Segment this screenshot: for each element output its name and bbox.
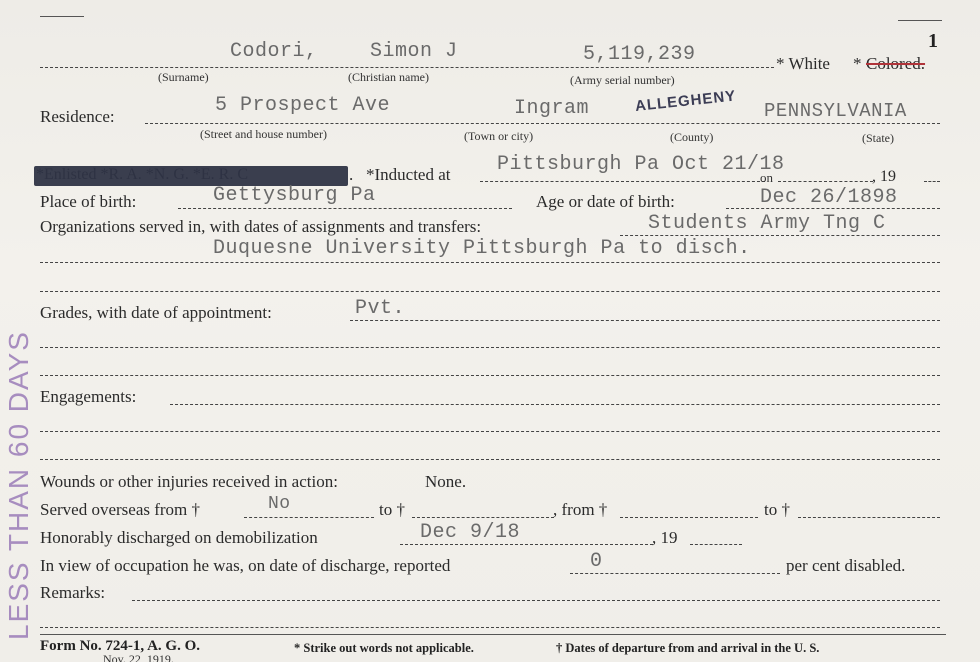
place-of-birth-rule [178,208,512,209]
discharge-label: Honorably discharged on demobilization [40,528,318,548]
wounds-label: Wounds or other injuries received in act… [40,472,338,492]
overseas-to-label: to † [379,500,405,520]
surname-label: (Surname) [158,70,209,85]
organizations-rule-1 [620,235,940,236]
organizations-value-1: Students Army Tng C [648,212,886,235]
organizations-value-2: Duquesne University Pittsburgh Pa to dis… [213,237,751,260]
organizations-label: Organizations served in, with dates of a… [40,217,481,237]
race-colored-struck: Colored. [866,54,925,74]
surname-value: Codori, [230,40,318,63]
disability-rule [570,573,780,574]
organizations-rule-2 [40,262,940,263]
service-record-card: 1 Codori, Simon J 5,119,239 * White * Co… [0,0,980,662]
residence-label: Residence: [40,107,115,127]
race-white: * White [776,54,830,74]
dates-note: † Dates of departure from and arrival in… [556,641,819,656]
overseas-from-value: No [268,494,291,514]
grades-rule [350,320,940,321]
county-stamp: ALLEGHENY [634,87,737,115]
inducted-on-label: on [760,170,773,186]
state-label: (State) [862,131,894,146]
state-value: PENNSYLVANIA [764,100,907,122]
wounds-value: None. [425,472,466,492]
less-than-60-days-stamp: LESS THAN 60 DAYS [3,330,35,640]
card-number: 1 [928,30,938,53]
form-date: Nov. 22, 1919. [103,652,174,662]
name-line-rule [40,67,774,68]
inducted-value: Pittsburgh Pa Oct 21/18 [497,153,785,176]
discharge-value: Dec 9/18 [420,521,520,544]
inducted-year-rule [924,181,940,182]
christian-name-value: Simon J [370,40,458,63]
inducted-on-rule [778,181,873,182]
inducted-year-label: , 19 [872,168,896,186]
disability-value: 0 [590,550,603,573]
overseas-from2-rule [620,517,758,518]
serial-number-label: (Army serial number) [570,73,675,88]
overseas-from2-label: , from † [553,500,607,520]
christian-name-label: (Christian name) [348,70,429,85]
overseas-from-rule [244,517,374,518]
grades-rule-2 [40,347,940,348]
engagements-rule-2 [40,431,940,432]
overseas-from-label: Served overseas from † [40,500,200,520]
engagements-rule-3 [40,459,940,460]
remarks-label: Remarks: [40,583,105,603]
overseas-to2-label: to † [764,500,790,520]
redaction-bar [34,166,348,186]
top-right-rule [898,20,942,21]
grades-rule-3 [40,375,940,376]
residence-rule [145,123,940,124]
place-of-birth-value: Gettysburg Pa [213,184,376,207]
discharge-rule [400,544,653,545]
footer-divider [40,634,946,635]
town-label: (Town or city) [464,129,533,144]
engagements-rule [170,404,940,405]
overseas-to-rule [412,517,554,518]
engagements-label: Engagements: [40,387,136,407]
discharge-year-label: , 19 [652,528,678,548]
organizations-rule-3 [40,291,940,292]
remarks-rule-2 [40,627,940,628]
county-label: (County) [670,130,713,145]
town-value: Ingram [514,97,589,120]
top-left-rule [40,16,84,17]
disability-suffix: per cent disabled. [786,556,905,576]
age-rule [726,208,940,209]
grades-value: Pvt. [355,297,405,320]
disability-label: In view of occupation he was, on date of… [40,556,450,576]
place-of-birth-label: Place of birth: [40,192,136,212]
strike-out-note: * Strike out words not applicable. [294,641,474,656]
serial-number-value: 5,119,239 [583,43,696,66]
overseas-to2-rule [798,517,940,518]
inducted-label: *Inducted at [366,165,451,185]
street-value: 5 Prospect Ave [215,94,390,117]
race-colored-asterisk: * [853,54,862,74]
remarks-rule [132,600,940,601]
inducted-rule [480,181,765,182]
discharge-year-rule [690,544,742,545]
grades-label: Grades, with date of appointment: [40,303,272,323]
age-label: Age or date of birth: [536,192,675,212]
redaction-period: . [349,165,353,185]
age-value: Dec 26/1898 [760,186,898,209]
street-label: (Street and house number) [200,127,327,142]
